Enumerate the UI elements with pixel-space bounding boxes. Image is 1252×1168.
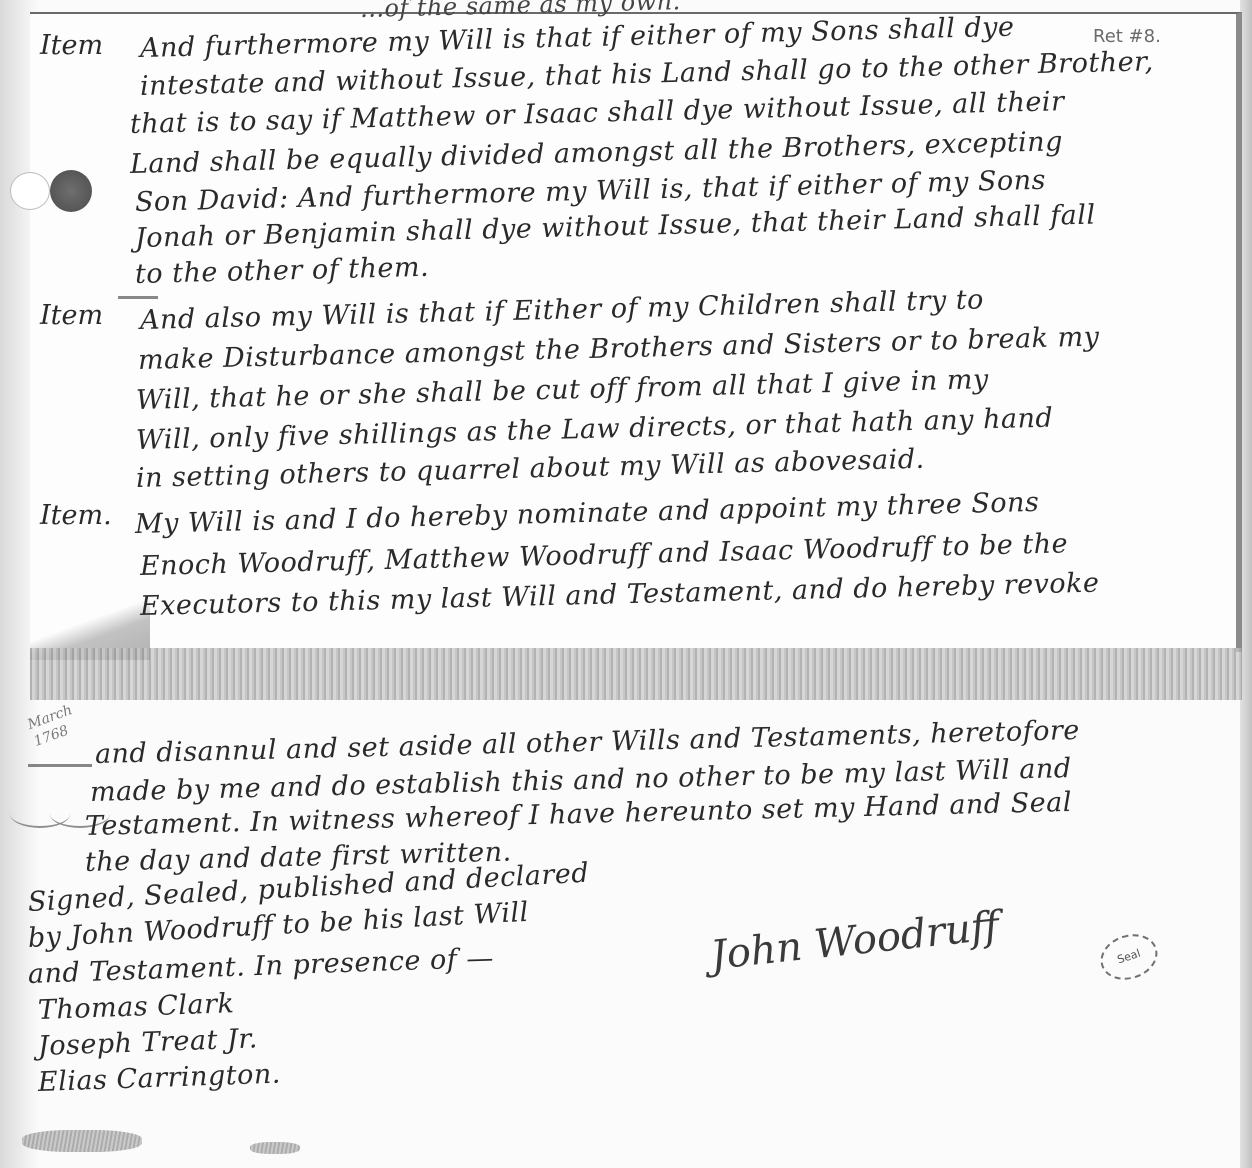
scanned-document-page: ...of the same as my own. Ret #8. Item A…: [0, 0, 1252, 1168]
ink-smudge: [250, 1142, 300, 1154]
underline-mark: [118, 296, 158, 299]
witness-name: Elias Carrington.: [37, 1060, 281, 1098]
margin-dash-mark: [28, 764, 92, 767]
witness-name: Thomas Clark: [37, 989, 234, 1026]
item-label: Item: [40, 30, 103, 61]
reference-note: Ret #8.: [1093, 26, 1161, 47]
witness-name: Joseph Treat Jr.: [37, 1024, 258, 1062]
wax-seal-icon: Seal: [1095, 927, 1164, 987]
sheet-edge-shadow: [30, 648, 1242, 700]
punch-hole-icon: [10, 172, 50, 210]
item-label: Item: [40, 300, 103, 331]
ink-smudge: [22, 1130, 142, 1152]
attestation-line: and Testament. In presence of —: [27, 944, 494, 990]
punch-hole-icon: [50, 170, 92, 212]
testator-signature: John Woodruff: [708, 903, 1001, 979]
item-label: Item.: [40, 500, 112, 531]
